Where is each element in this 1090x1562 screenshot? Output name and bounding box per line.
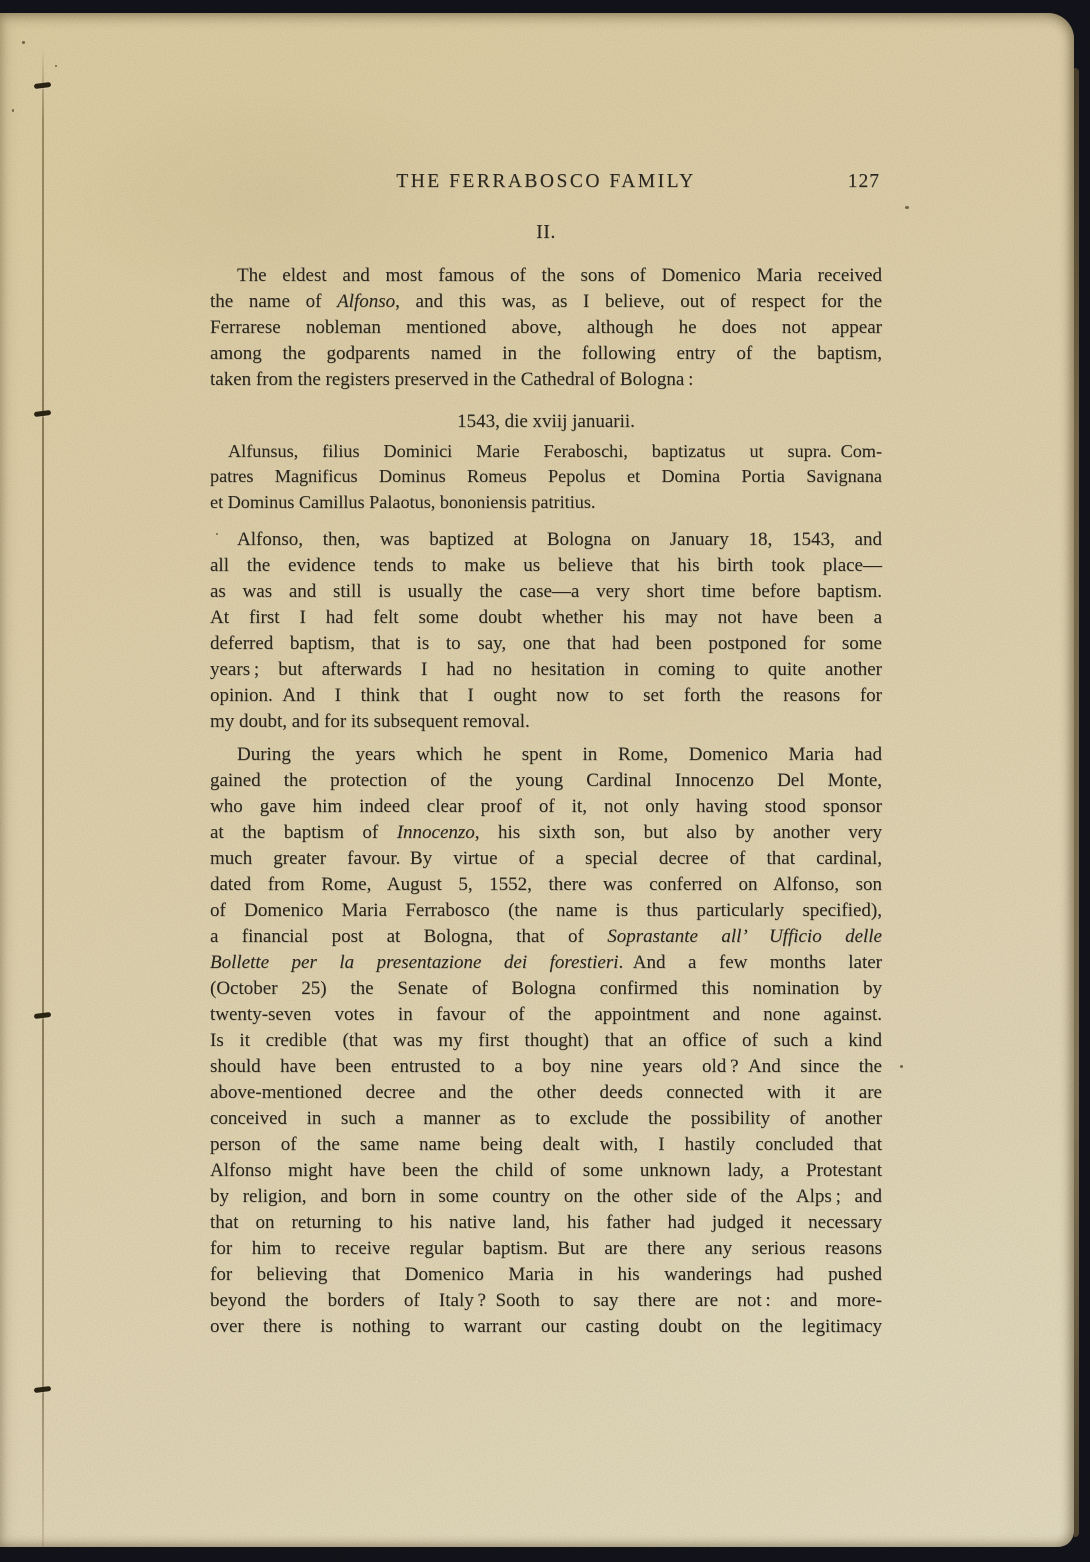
text-line: of Domenico Maria Ferrabosco (the name i… [210,898,882,924]
text-line: as was and still is usually the case—a v… [210,579,882,605]
text-line: person of the same name being dealt with… [210,1132,882,1158]
text-line: among the godparents named in the follow… [210,341,882,367]
binding-stitch [34,82,51,89]
body-paragraph: The eldest and most famous of the sons o… [210,263,882,393]
text-line: The eldest and most famous of the sons o… [210,263,882,289]
text-line: opinion. And I think that I ought now to… [210,683,882,709]
running-head: THE FERRABOSCO FAMILY 127 [210,169,882,195]
page-number: 127 [848,169,880,195]
text-line: Alfonso, then, was baptized at Bologna o… [210,527,882,553]
text-line: Bollette per la presentazione dei forest… [210,950,882,976]
body-paragraph: Alfonso, then, was baptized at Bologna o… [210,527,882,735]
book-page: THE FERRABOSCO FAMILY 127 II. The eldest… [0,13,1074,1547]
text-line: At first I had felt some doubt whether h… [210,605,882,631]
binding-stitch [34,1012,51,1019]
text-line: dated from Rome, August 5, 1552, there w… [210,872,882,898]
paper-speck [55,65,57,67]
binding-stitch [34,1386,51,1393]
body-paragraph: During the years which he spent in Rome,… [210,742,882,1340]
text-line: taken from the registers preserved in th… [210,367,882,393]
text-line: a financial post at Bologna, that of Sop… [210,924,882,950]
text-line: patres Magnificus Dominus Romeus Pepolus… [210,464,882,489]
text-line: should have been entrusted to a boy nine… [210,1054,882,1080]
binding-crease [42,47,44,1547]
binding-stitch [34,410,51,417]
text-line: et Dominus Camillus Palaotus, bononiensi… [210,490,882,515]
text-line: During the years which he spent in Rome,… [210,742,882,768]
paper-speck [905,206,909,209]
text-line: for him to receive regular baptism. But … [210,1236,882,1262]
text-flow: The eldest and most famous of the sons o… [210,263,882,1340]
text-line: twenty-seven votes in favour of the appo… [210,1002,882,1028]
text-line: years ; but afterwards I had no hesitati… [210,657,882,683]
text-line: beyond the borders of Italy ? Sooth to s… [210,1288,882,1314]
paper-speck [22,41,25,44]
section-heading: II. [210,219,882,245]
running-head-title: THE FERRABOSCO FAMILY [210,169,882,195]
text-line: the name of Alfonso, and this was, as I … [210,289,882,315]
text-line: that on returning to his native land, hi… [210,1210,882,1236]
text-line: over there is nothing to warrant our cas… [210,1314,882,1340]
register-quote-paragraph: Alfunsus, filius Dominici Marie Ferabosc… [210,439,882,515]
text-line: for believing that Domenico Maria in his… [210,1262,882,1288]
date-heading: 1543, die xviij januarii. [210,409,882,435]
text-line: Alfunsus, filius Dominici Marie Ferabosc… [210,439,882,464]
text-line: Is it credible (that was my first though… [210,1028,882,1054]
text-line: (October 25) the Senate of Bologna confi… [210,976,882,1002]
text-line: at the baptism of Innocenzo, his sixth s… [210,820,882,846]
text-line: by religion, and born in some country on… [210,1184,882,1210]
text-line: conceived in such a manner as to exclude… [210,1106,882,1132]
page-text-column: THE FERRABOSCO FAMILY 127 II. The eldest… [210,169,882,1340]
paper-speck [900,1065,903,1068]
text-line: above-mentioned decree and the other dee… [210,1080,882,1106]
text-line: Alfonso might have been the child of som… [210,1158,882,1184]
text-line: deferred baptism, that is to say, one th… [210,631,882,657]
text-line: who gave him indeed clear proof of it, n… [210,794,882,820]
text-line: much greater favour. By virtue of a spec… [210,846,882,872]
paper-speck [12,109,14,112]
text-line: my doubt, and for its subsequent removal… [210,709,882,735]
text-line: Ferrarese nobleman mentioned above, alth… [210,315,882,341]
text-line: gained the protection of the young Cardi… [210,768,882,794]
text-line: all the evidence tends to make us believ… [210,553,882,579]
